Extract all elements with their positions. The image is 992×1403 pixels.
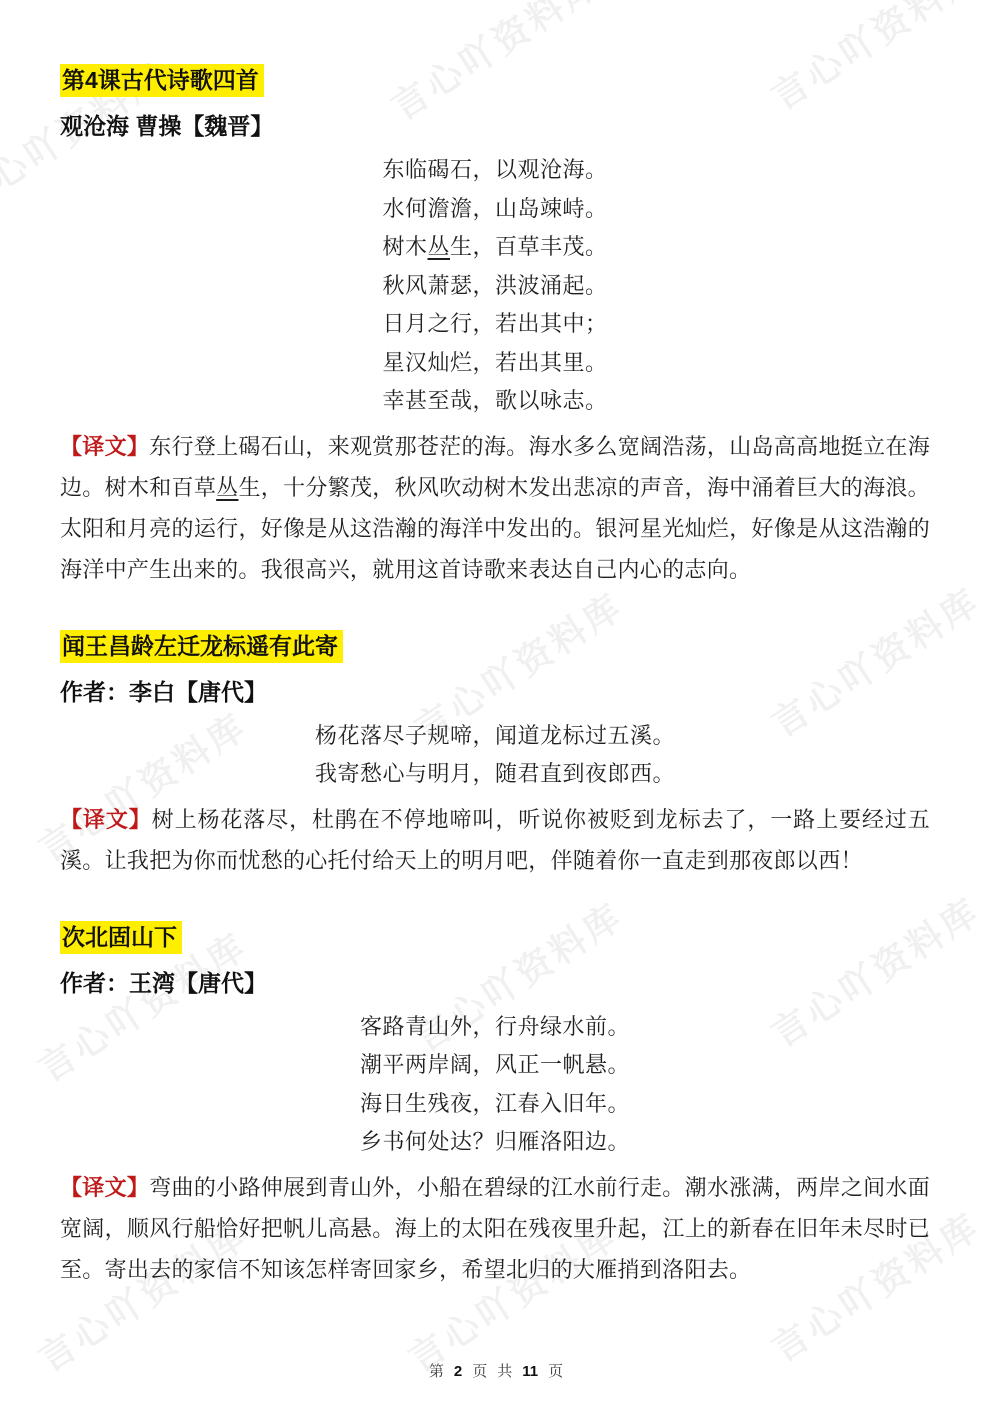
- underlined-char: 丛: [427, 234, 450, 259]
- poem-line: 幸甚至哉，歌以咏志。: [60, 382, 930, 421]
- translation-text: 树上杨花落尽，杜鹃在不停地啼叫，听说你被贬到龙标去了，一路上要经过五溪。让我把为…: [60, 807, 930, 873]
- translation-wenwangchangling: 【译文】树上杨花落尽，杜鹃在不停地啼叫，听说你被贬到龙标去了，一路上要经过五溪。…: [60, 799, 930, 881]
- footer-label: 页: [548, 1363, 563, 1380]
- poem-title-wenwangchangling: 闻王昌龄左迁龙标遥有此寄: [60, 630, 343, 663]
- poem-line-text: 客路青山外，行舟绿水前。: [360, 1014, 630, 1039]
- poem-line-text: 我寄愁心与明月，随君直到夜郎西。: [315, 761, 675, 786]
- translation-label: 【译文】: [60, 434, 149, 459]
- poem-line: 水何澹澹，山岛竦峙。: [60, 190, 930, 229]
- translation-label: 【译文】: [60, 807, 152, 832]
- poem-line-text: 日月之行，若出其中；: [382, 311, 607, 336]
- poem-line-text: 乡书何处达？归雁洛阳边。: [360, 1129, 630, 1154]
- footer-page-number: 2: [454, 1363, 462, 1380]
- poem-line-text: 星汉灿烂，若出其里。: [382, 350, 607, 375]
- underlined-char: 丛: [216, 475, 238, 500]
- poem-line: 乡书何处达？归雁洛阳边。: [60, 1123, 930, 1162]
- translation-cibeigushanxia: 【译文】弯曲的小路伸展到青山外，小船在碧绿的江水前行走。潮水涨满，两岸之间水面宽…: [60, 1167, 930, 1290]
- poem-line: 日月之行，若出其中；: [60, 305, 930, 344]
- poem-line-text: 海日生残夜，江春入旧年。: [360, 1091, 630, 1116]
- poem-title-cibeigushanxia: 次北固山下: [60, 921, 182, 954]
- footer-total-pages: 11: [522, 1363, 538, 1380]
- poem-line-text: 潮平两岸阔，风正一帆悬。: [360, 1052, 630, 1077]
- poem-line: 客路青山外，行舟绿水前。: [60, 1008, 930, 1047]
- poem-cibeigushanxia: 客路青山外，行舟绿水前。 潮平两岸阔，风正一帆悬。 海日生残夜，江春入旧年。 乡…: [60, 1008, 930, 1162]
- page-footer: 第2页共11页: [0, 1360, 992, 1381]
- poem-line-text: 杨花落尽子规啼，闻道龙标过五溪。: [315, 723, 675, 748]
- poem-line-text: 树木: [382, 234, 427, 259]
- poem-line-text: 东临碣石，以观沧海。: [382, 157, 607, 182]
- document-page: 言心吖资料库 言心吖资料库 言心吖资料库 言心吖资料库 言心吖资料库 言心吖资料…: [0, 0, 992, 1403]
- lesson-title: 第4课古代诗歌四首: [60, 64, 264, 97]
- footer-label: 共: [497, 1363, 512, 1380]
- poem-line-text: 水何澹澹，山岛竦峙。: [382, 196, 607, 221]
- poem-line: 潮平两岸阔，风正一帆悬。: [60, 1046, 930, 1085]
- poem-line: 秋风萧瑟，洪波涌起。: [60, 267, 930, 306]
- lesson-content: 第4课古代诗歌四首 观沧海 曹操【魏晋】 东临碣石，以观沧海。 水何澹澹，山岛竦…: [0, 0, 992, 1290]
- poem-wenwangchangling: 杨花落尽子规啼，闻道龙标过五溪。 我寄愁心与明月，随君直到夜郎西。: [60, 717, 930, 794]
- translation-guancanghai: 【译文】东行登上碣石山，来观赏那苍茫的海。海水多么宽阔浩荡，山岛高高地挺立在海边…: [60, 426, 930, 590]
- poem-line: 东临碣石，以观沧海。: [60, 151, 930, 190]
- footer-label: 页: [472, 1363, 487, 1380]
- poem-line-text: 秋风萧瑟，洪波涌起。: [382, 273, 607, 298]
- poem-line: 杨花落尽子规啼，闻道龙标过五溪。: [60, 717, 930, 756]
- poem-line-text: 生，百草丰茂。: [450, 234, 608, 259]
- poem-line: 星汉灿烂，若出其里。: [60, 344, 930, 383]
- translation-label: 【译文】: [60, 1175, 149, 1200]
- poem-author-libai: 作者：李白【唐代】: [60, 676, 930, 708]
- poem-line: 海日生残夜，江春入旧年。: [60, 1085, 930, 1124]
- poem-author-wangwan: 作者：王湾【唐代】: [60, 967, 930, 999]
- poem-line: 我寄愁心与明月，随君直到夜郎西。: [60, 755, 930, 794]
- poem-header-guancanghai: 观沧海 曹操【魏晋】: [60, 110, 930, 142]
- poem-guancanghai: 东临碣石，以观沧海。 水何澹澹，山岛竦峙。 树木丛生，百草丰茂。 秋风萧瑟，洪波…: [60, 151, 930, 421]
- footer-label: 第: [429, 1363, 444, 1380]
- poem-line-text: 幸甚至哉，歌以咏志。: [382, 388, 607, 413]
- translation-text: 弯曲的小路伸展到青山外，小船在碧绿的江水前行走。潮水涨满，两岸之间水面宽阔，顺风…: [60, 1175, 930, 1282]
- poem-line: 树木丛生，百草丰茂。: [60, 228, 930, 267]
